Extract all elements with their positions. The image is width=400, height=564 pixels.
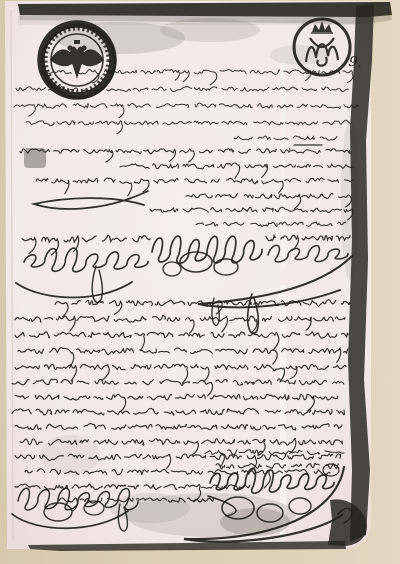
stain-left-margin — [24, 148, 46, 168]
scanned-document: 9. — [0, 0, 400, 564]
annotation-mark: 9. — [348, 54, 363, 72]
stain-bottom-dark — [220, 508, 290, 536]
document-svg: 9. — [0, 0, 400, 564]
